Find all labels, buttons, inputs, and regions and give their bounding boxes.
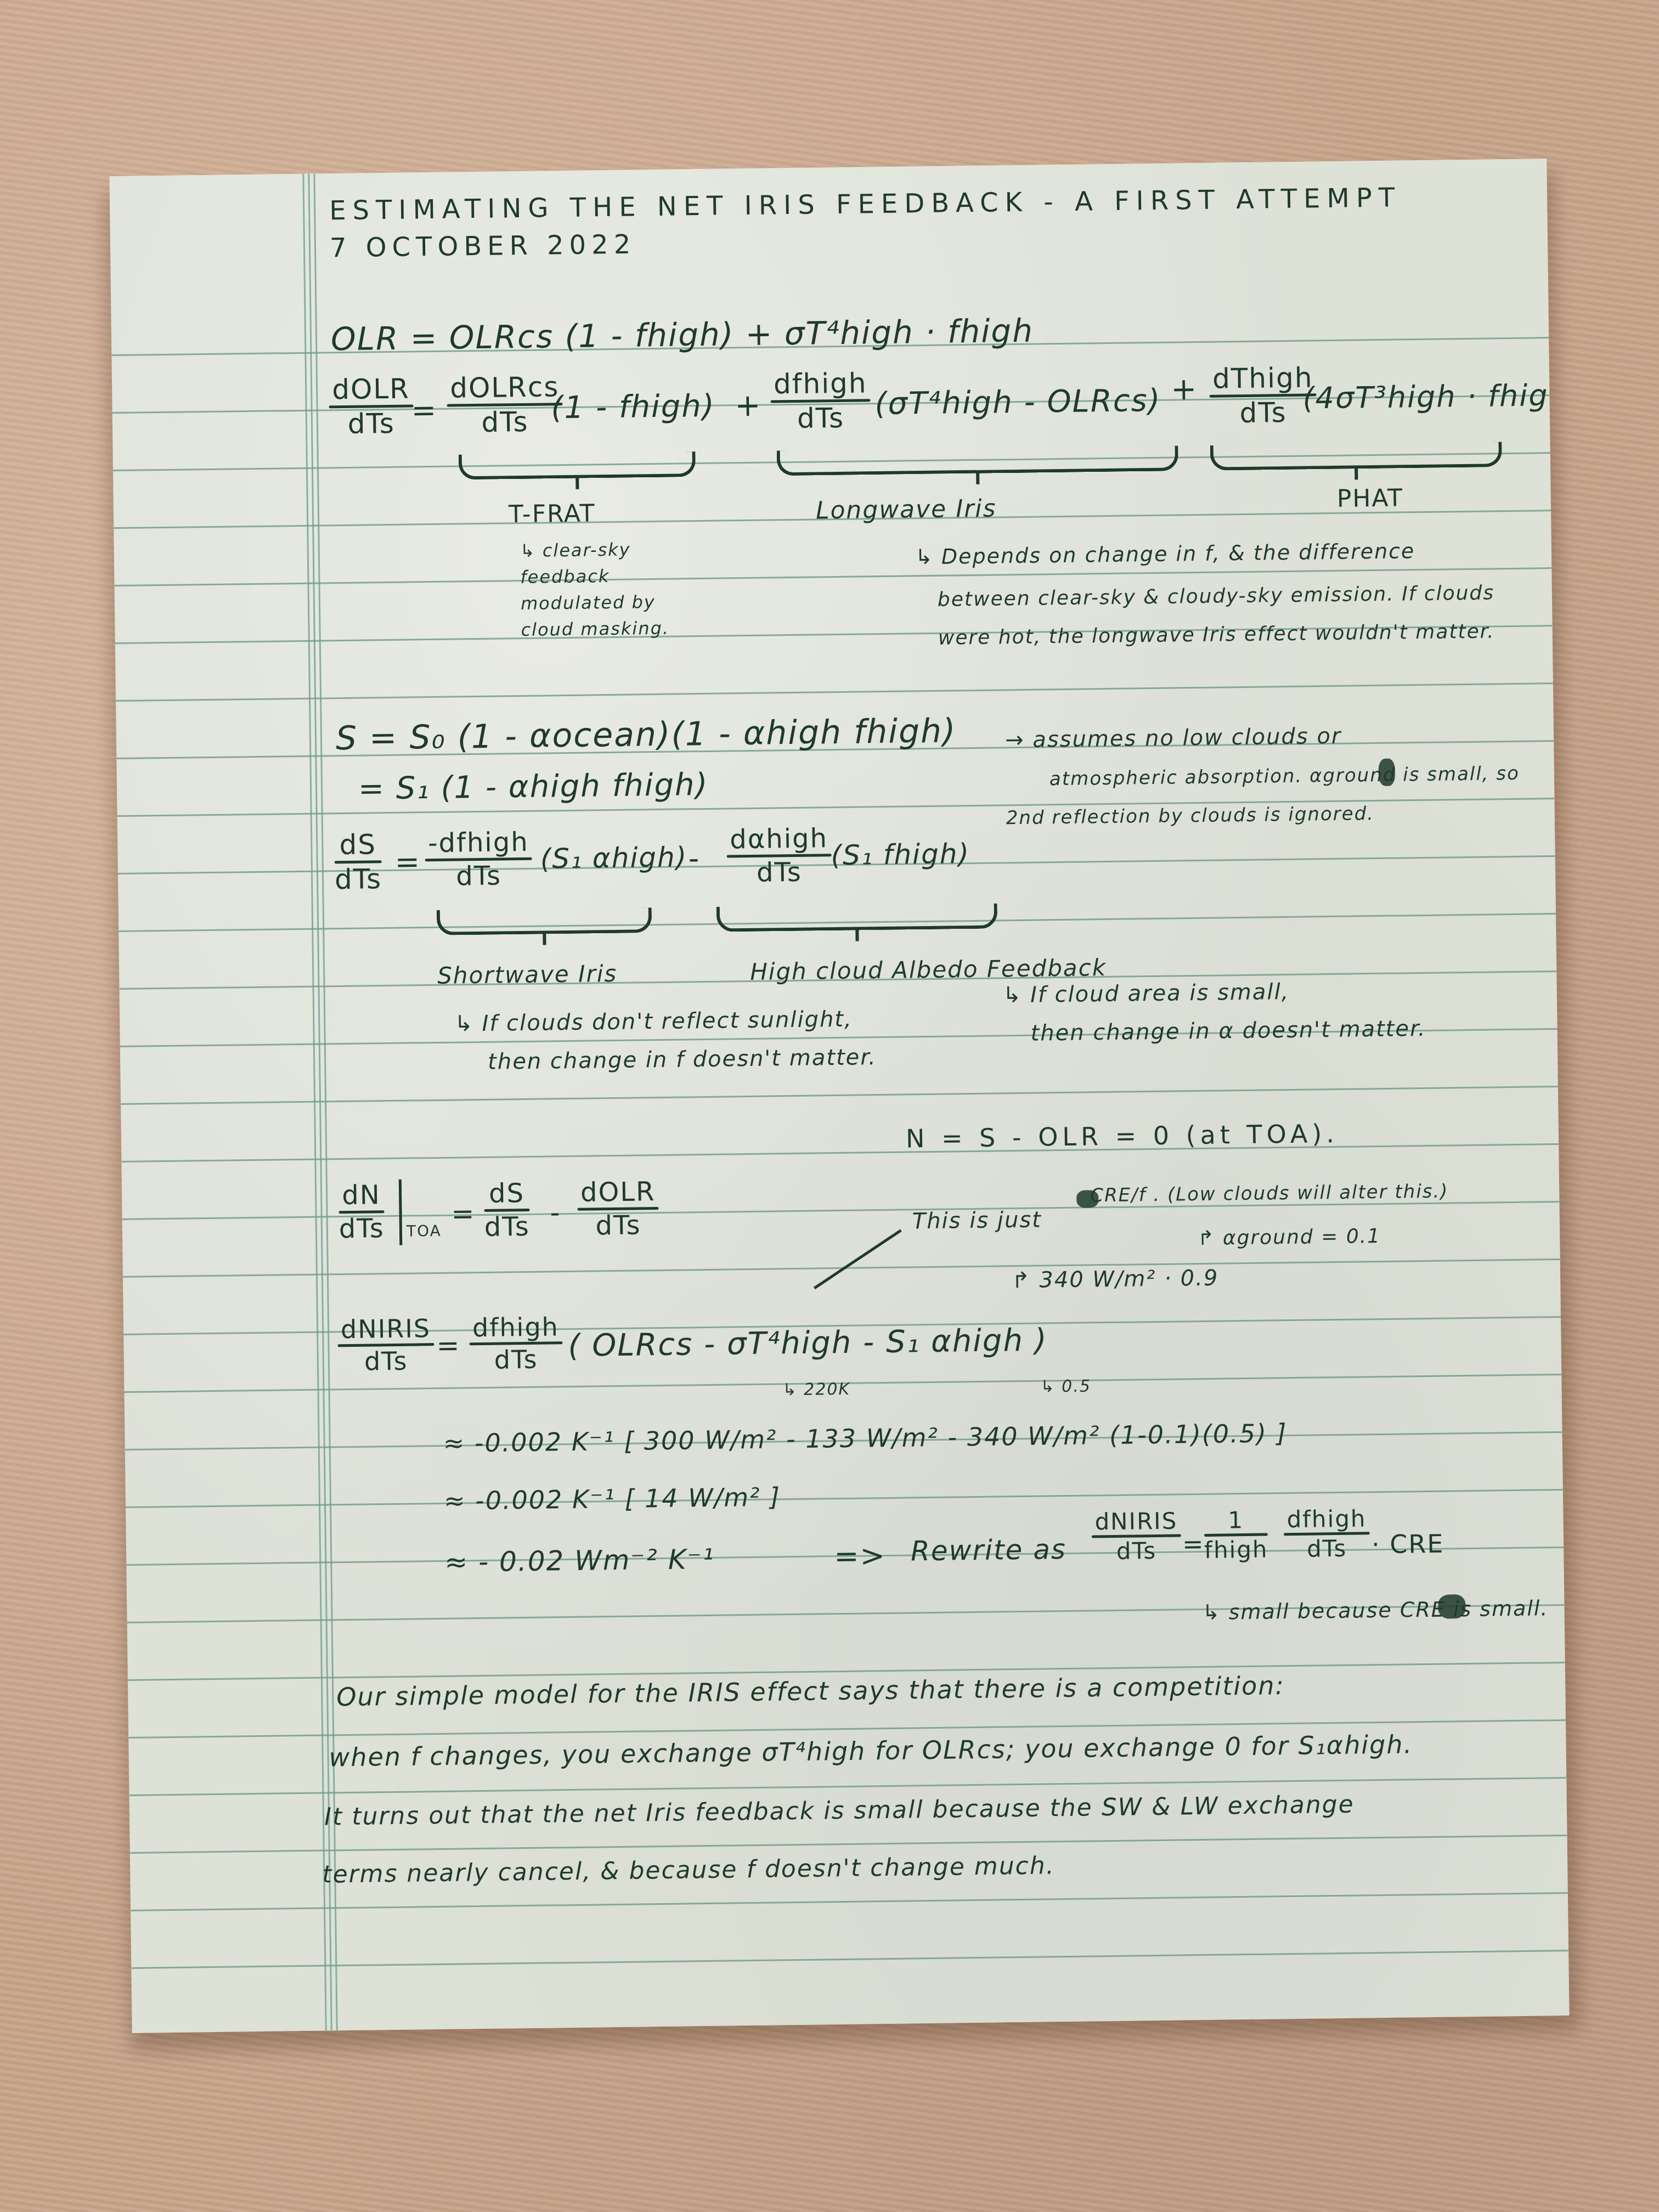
sw-assumption-line-2: atmospheric absorption. αground is small…	[1049, 763, 1520, 790]
equals-sign: =	[411, 393, 437, 428]
fraction-denominator: dTs	[364, 1346, 408, 1376]
albedo-factor: (S₁ fhigh)	[831, 838, 970, 871]
alpha-ground-annotation: ↱ αground = 0.1	[1198, 1225, 1381, 1250]
ruled-line	[130, 1835, 1567, 1854]
fraction-numerator: dαhigh	[726, 823, 831, 855]
conclusion-line-2: when f changes, you exchange σT⁴high for…	[329, 1729, 1413, 1772]
albedo-label: High cloud Albedo Feedback	[750, 954, 1107, 985]
toa-subscript: TOA	[399, 1179, 442, 1245]
fraction-numerator: dfhigh	[770, 367, 871, 400]
fraction-numerator: dNIRIS	[337, 1313, 435, 1344]
phat-label: PHAT	[1336, 484, 1403, 512]
notebook-page: ESTIMATING THE NET IRIS FEEDBACK - A FIR…	[109, 159, 1569, 2033]
this-is-just-label: This is just	[912, 1207, 1042, 1234]
fraction-numerator: dfhigh	[1283, 1505, 1370, 1533]
equals-sign: =	[436, 1329, 461, 1362]
albedo-note-line-1: ↳ If cloud area is small,	[1003, 979, 1290, 1008]
ruled-line	[131, 1892, 1568, 1911]
ink-scribble	[1379, 759, 1396, 786]
dn-dts-fraction: dN dTs	[338, 1180, 385, 1244]
rewrite-label: Rewrite as	[911, 1533, 1066, 1567]
ruled-line	[121, 1086, 1558, 1105]
iris-bracket-expression: ( OLRcs - σT⁴high - S₁ αhigh )	[568, 1322, 1048, 1364]
dolr-dts-fraction: dOLR dTs	[577, 1176, 659, 1242]
cre-term: · CRE	[1372, 1529, 1444, 1560]
one-over-fhigh-fraction: 1 fhigh	[1204, 1506, 1268, 1564]
phat-fraction: dThigh dTs	[1209, 362, 1317, 429]
lw-iris-note-line-3: were hot, the longwave Iris effect would…	[938, 620, 1495, 649]
sw-iris-note-line-2: then change in f doesn't matter.	[488, 1045, 877, 1075]
fraction-denominator: dTs	[797, 402, 845, 435]
fraction-denominator: dTs	[481, 406, 529, 438]
fraction-numerator: -dfhigh	[425, 827, 532, 859]
thigh-value-note: ↳ 220K	[782, 1380, 850, 1400]
fraction-denominator: dTs	[494, 1345, 538, 1375]
fraction-numerator: dOLR	[329, 373, 413, 405]
tfrat-label: T-FRAT	[509, 499, 596, 528]
tfrat-factor: (1 - fhigh)	[551, 388, 715, 426]
fraction-denominator: dTs	[595, 1210, 641, 1241]
dn-iris-fraction: dNIRIS dTs	[337, 1313, 435, 1376]
fraction-denominator: fhigh	[1204, 1536, 1268, 1564]
fraction-numerator: 1	[1224, 1506, 1247, 1533]
lw-iris-factor: (σT⁴high - OLRcs)	[874, 383, 1161, 422]
lw-iris-fraction: dfhigh dTs	[770, 367, 871, 435]
ds-dts-fraction: dS dTs	[334, 828, 382, 895]
calculation-step-3: ≈ - 0.02 Wm⁻² K⁻¹	[444, 1543, 715, 1578]
fraction-denominator: dTs	[456, 860, 502, 891]
ruled-line	[121, 1143, 1559, 1163]
ruled-line	[116, 682, 1553, 702]
calculation-step-1: ≈ -0.002 K⁻¹ [ 300 W/m² - 133 W/m² - 340…	[443, 1418, 1287, 1458]
fraction-denominator: dTs	[484, 1211, 531, 1243]
dfhigh-dts-fraction: dfhigh dTs	[469, 1312, 563, 1375]
equals-sign: =	[394, 844, 421, 879]
ruled-line	[122, 1201, 1560, 1220]
equals-sign: =	[1182, 1529, 1205, 1559]
page-date: 7 OCTOBER 2022	[330, 229, 636, 263]
ruled-line	[131, 1950, 1568, 1969]
calculation-step-2: ≈ -0.002 K⁻¹ [ 14 W/m² ]	[444, 1482, 781, 1515]
page-title: ESTIMATING THE NET IRIS FEEDBACK - A FIR…	[329, 182, 1402, 226]
fraction-numerator: dNIRIS	[1091, 1507, 1181, 1535]
fraction-denominator: dTs	[757, 857, 803, 888]
pointer-arrow	[814, 1229, 902, 1290]
fraction-numerator: dfhigh	[469, 1312, 562, 1342]
albedo-note-line-2: then change in α doesn't matter.	[1030, 1016, 1426, 1046]
sw-iris-brace	[437, 907, 652, 935]
albedo-fraction: dαhigh dTs	[726, 823, 832, 888]
tfrat-brace	[459, 452, 696, 479]
fraction-numerator: dThigh	[1209, 362, 1317, 394]
plus-sign: +	[1171, 371, 1198, 408]
fraction-numerator: dOLRcs	[447, 371, 563, 404]
phat-brace	[1210, 442, 1503, 470]
fraction-denominator: dTs	[1239, 397, 1287, 429]
lw-iris-note-line-1: ↳ Depends on change in f, & the differen…	[915, 539, 1415, 569]
ink-scribble	[1438, 1594, 1466, 1619]
minus-sign: -	[688, 841, 700, 876]
sw-iris-factor: (S₁ αhigh)	[540, 841, 687, 874]
lw-iris-note-line-2: between clear-sky & cloudy-sky emission.…	[938, 582, 1495, 611]
conclusion-line-4: terms nearly cancel, & because f doesn't…	[322, 1852, 1055, 1888]
fraction-denominator: dTs	[339, 1213, 385, 1244]
phat-factor: (4σT³high · fhigh)	[1302, 377, 1569, 415]
plus-sign: +	[735, 388, 762, 424]
ds-dts-fraction: dS dTs	[484, 1178, 530, 1243]
equals-sign: =	[451, 1198, 476, 1230]
fraction-denominator: dTs	[1116, 1537, 1157, 1565]
rewrite-note: ↳ small because CRE is small.	[1202, 1596, 1548, 1624]
tfrat-note: ↳ clear-sky feedback modulated by cloud …	[520, 535, 708, 643]
conclusion-line-1: Our simple model for the IRIS effect say…	[336, 1671, 1285, 1712]
rewrite-dfhigh-fraction: dfhigh dTs	[1283, 1505, 1370, 1562]
lw-iris-brace	[777, 445, 1179, 476]
s1-annotation: ↱ 340 W/m² · 0.9	[1012, 1266, 1219, 1294]
implies-arrow: =>	[834, 1538, 886, 1573]
fraction-numerator: dS	[336, 828, 380, 861]
rewrite-lhs-fraction: dNIRIS dTs	[1091, 1507, 1181, 1565]
tfrat-fraction: dOLRcs dTs	[447, 371, 563, 439]
sw-iris-label: Shortwave Iris	[437, 960, 618, 989]
cre-annotation: CRE/f . (Low clouds will alter this.)	[1090, 1180, 1449, 1206]
sw-assumption-line-1: → assumes no low clouds or	[1005, 724, 1342, 753]
fraction-denominator: dTs	[347, 408, 395, 440]
sw-iris-fraction: -dfhigh dTs	[425, 827, 533, 892]
fraction-numerator: dS	[486, 1178, 528, 1209]
sw-equation-1: S = S₀ (1 - αocean)(1 - αhigh fhigh)	[336, 712, 957, 758]
fraction-numerator: dOLR	[577, 1176, 659, 1208]
alpha-high-value-note: ↳ 0.5	[1040, 1376, 1091, 1396]
minus-sign: -	[550, 1197, 561, 1228]
conclusion-line-3: It turns out that the net Iris feedback …	[324, 1791, 1355, 1831]
sw-iris-note-line-1: ↳ If clouds don't reflect sunlight,	[454, 1007, 853, 1037]
sw-equation-2: = S₁ (1 - αhigh fhigh)	[358, 767, 709, 807]
toa-balance: N = S - OLR = 0 (at TOA).	[906, 1119, 1339, 1154]
fraction-numerator: dN	[338, 1180, 384, 1211]
albedo-brace	[716, 903, 998, 932]
fraction-denominator: dTs	[335, 863, 382, 895]
lw-iris-label: Longwave Iris	[816, 494, 997, 524]
olr-equation: OLR = OLRcs (1 - fhigh) + σT⁴high · fhig…	[331, 312, 1034, 358]
dolr-dts-fraction: dOLR dTs	[329, 373, 414, 440]
fraction-denominator: dTs	[1307, 1535, 1347, 1562]
sw-assumption-line-3: 2nd reflection by clouds is ignored.	[1006, 803, 1375, 829]
